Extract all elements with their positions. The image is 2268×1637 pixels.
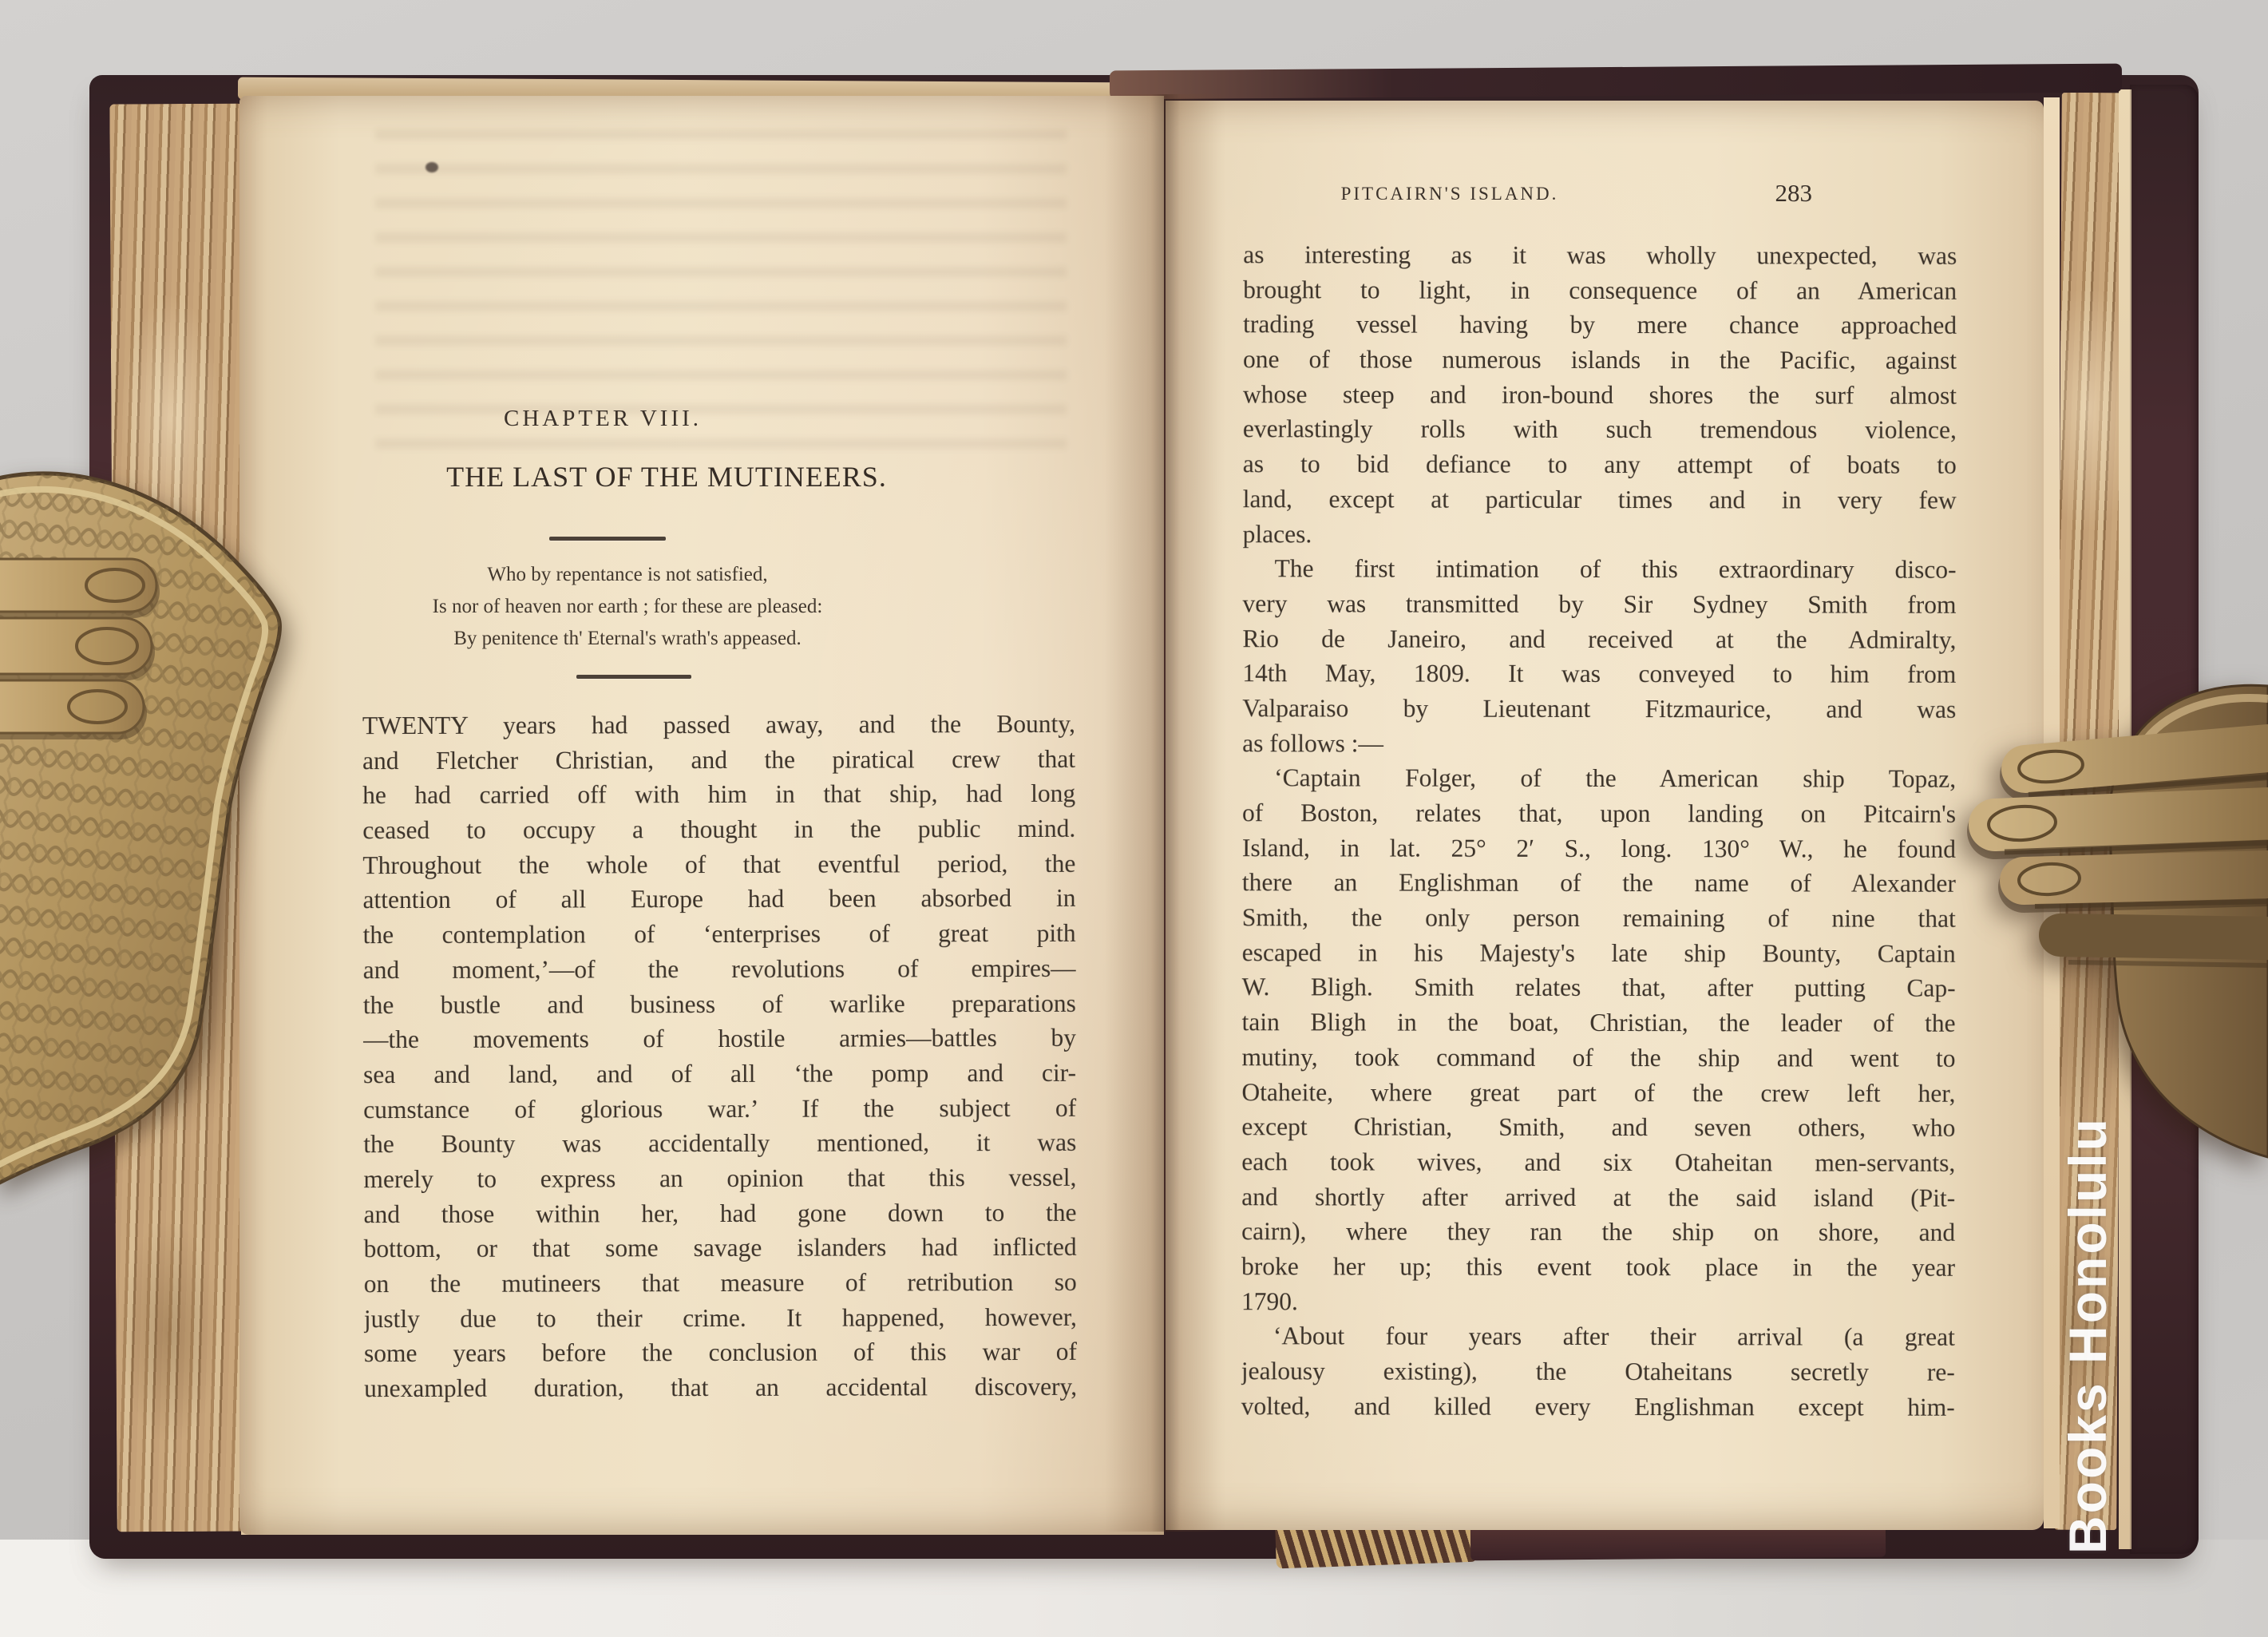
text-line: he had carried off with him in that ship…	[362, 776, 1075, 813]
text-line: 14th May, 1809. It was conveyed to him f…	[1242, 656, 1956, 692]
running-header: PITCAIRN'S ISLAND.	[1242, 184, 1657, 204]
text-line: Throughout the whole of that eventful pe…	[362, 846, 1075, 883]
text-line: as interesting as it was wholly unexpect…	[1243, 237, 1957, 273]
text-line: cairn), where they ran the ship on shore…	[1241, 1214, 1955, 1250]
text-line: Is nor of heaven nor earth ; for these a…	[391, 591, 864, 623]
text-line: Rio de Janeiro, and received at the Admi…	[1242, 621, 1956, 657]
text-line: Valparaiso by Lieutenant Fitzmaurice, an…	[1242, 691, 1956, 727]
text-line: ‘Captain Folger, of the American ship To…	[1242, 761, 1956, 797]
text-line: except Christian, Smith, and seven other…	[1241, 1109, 1955, 1145]
divider-rule-bottom	[576, 675, 691, 679]
paragraph: ‘About four years after their arrival (a…	[1241, 1319, 1955, 1425]
text-line: there an Englishman of the name of Alexa…	[1242, 866, 1956, 902]
text-line: land, except at particular times and in …	[1243, 482, 1957, 517]
text-line: trading vessel having by mere chance app…	[1243, 307, 1957, 343]
text-line: the Bounty was accidentally mentioned, i…	[363, 1125, 1076, 1162]
text-line: volted, and killed every Englishman exce…	[1241, 1389, 1955, 1425]
watermark: Books Honolulu	[2056, 1038, 2120, 1632]
text-line: cumstance of glorious war.’ If the subje…	[363, 1090, 1076, 1127]
text-line: as to bid defiance to any attempt of boa…	[1243, 446, 1957, 482]
chapter-heading: CHAPTER VIII.	[363, 406, 842, 432]
text-line: ‘About four years after their arrival (a…	[1241, 1319, 1955, 1355]
text-line: Otaheite, where great part of the crew l…	[1241, 1075, 1955, 1111]
text-line: of Boston, relates that, upon landing on…	[1242, 795, 1956, 831]
chapter-title: THE LAST OF THE MUTINEERS.	[351, 460, 982, 493]
text-line: as follows :—	[1242, 726, 1956, 762]
text-line: attention of all Europe had been absorbe…	[362, 881, 1075, 918]
marbled-cover	[2130, 85, 2199, 1554]
text-line: one of those numerous islands in the Pac…	[1243, 342, 1957, 378]
show-through-text	[375, 121, 1067, 449]
ink-spot	[425, 162, 438, 172]
text-line: the contemplation of ‘enterprises of gre…	[363, 916, 1076, 953]
text-line: and those within her, had gone down to t…	[363, 1195, 1076, 1231]
text-line: W. Bligh. Smith relates that, after putt…	[1242, 970, 1956, 1006]
paragraph: as interesting as it was wholly unexpect…	[1243, 237, 1957, 553]
text-line: Island, in lat. 25° 2′ S., long. 130° W.…	[1242, 830, 1956, 866]
text-line: each took wives, and six Otaheitan men-s…	[1241, 1144, 1955, 1180]
page-number: 283	[1724, 179, 1812, 208]
text-line: Who by repentance is not satisfied,	[391, 559, 864, 591]
text-line: mutiny, took command of the ship and wen…	[1241, 1040, 1955, 1076]
left-page-body-text: TWENTY years had passed away, and the Bo…	[362, 707, 1077, 1406]
text-line: places.	[1243, 517, 1957, 553]
paragraph: TWENTY years had passed away, and the Bo…	[362, 707, 1077, 1406]
paragraph: The first intimation of this extraordina…	[1242, 551, 1956, 762]
epigraph: Who by repentance is not satisfied,Is no…	[391, 559, 864, 655]
text-line: and Fletcher Christian, and the piratica…	[362, 742, 1075, 779]
text-line: and moment,’—of the revolutions of empir…	[363, 951, 1076, 988]
text-line: the bustle and business of warlike prepa…	[363, 985, 1076, 1022]
text-line: sea and land, and of all ‘the pomp and c…	[363, 1056, 1076, 1092]
text-line: whose steep and iron-bound shores the su…	[1243, 377, 1957, 413]
text-line: and shortly after arrived at the said is…	[1241, 1179, 1955, 1215]
text-line: —the movements of hostile armies—battles…	[363, 1021, 1076, 1057]
paragraph: ‘Captain Folger, of the American ship To…	[1241, 761, 1956, 1321]
text-line: 1790.	[1241, 1284, 1955, 1320]
text-line: merely to express an opinion that this v…	[363, 1160, 1076, 1197]
text-line: everlastingly rolls with such tremendous…	[1243, 412, 1957, 448]
text-line: bottom, or that some savage islanders ha…	[364, 1230, 1077, 1266]
text-line: ceased to occupy a thought in the public…	[362, 811, 1075, 848]
text-line: broke her up; this event took place in t…	[1241, 1249, 1955, 1285]
text-line: justly due to their crime. It happened, …	[364, 1300, 1077, 1337]
text-line: very was transmitted by Sir Sydney Smith…	[1242, 586, 1956, 622]
right-page-body-text: as interesting as it was wholly unexpect…	[1241, 237, 1957, 1425]
divider-rule-top	[549, 537, 666, 541]
text-line: tain Bligh in the boat, Christian, the l…	[1242, 1005, 1956, 1040]
book-photo-scene: CHAPTER VIII. THE LAST OF THE MUTINEERS.…	[0, 0, 2268, 1637]
text-line: escaped in his Majesty's late ship Bount…	[1242, 935, 1956, 971]
text-line: brought to light, in consequence of an A…	[1243, 272, 1957, 308]
text-line: By penitence th' Eternal's wrath's appea…	[391, 623, 864, 655]
text-line: on the mutineers that measure of retribu…	[364, 1265, 1077, 1302]
text-line: jealousy existing), the Otaheitans secre…	[1241, 1354, 1955, 1389]
text-line: unexampled duration, that an accidental …	[364, 1369, 1077, 1406]
text-line: TWENTY years had passed away, and the Bo…	[362, 707, 1075, 743]
left-fore-edge	[109, 104, 249, 1532]
text-line: Smith, the only person remaining of nine…	[1242, 900, 1956, 936]
text-line: some years before the conclusion of this…	[364, 1334, 1077, 1371]
text-line: The first intimation of this extraordina…	[1243, 551, 1957, 587]
